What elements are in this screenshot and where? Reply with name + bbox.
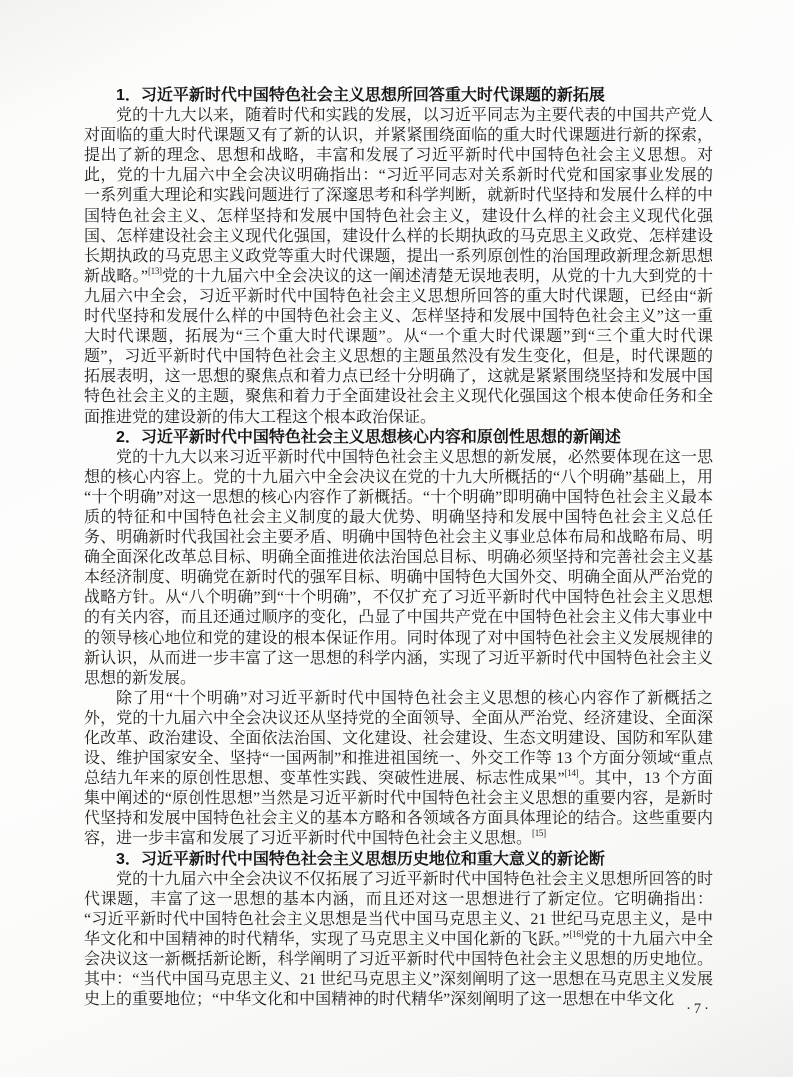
paragraph: 党的十九届六中全会决议不仅拓展了习近平新时代中国特色社会主义思想所回答的时代课题… [84, 870, 713, 1011]
body-text: 1．习近平新时代中国特色社会主义思想所回答重大时代课题的新拓展党的十九大以来，随… [84, 86, 713, 1010]
paragraph: 党的十九大以来，随着时代和实践的发展，以习近平同志为主要代表的中国共产党人对面临… [84, 106, 713, 428]
paragraph: 党的十九大以来习近平新时代中国特色社会主义思想的新发展，必然要体现在这一思想的核… [84, 448, 713, 689]
text-run: 党的十九届六中全会决议的这一阐述清楚无误地表明，从党的十九大到党的十九届六中全会… [84, 268, 713, 426]
footnote-ref: [16] [569, 929, 583, 939]
paragraph: 除了用“十个明确”对习近平新时代中国特色社会主义思想的核心内容作了新概括之外，党… [84, 689, 713, 850]
footnote-ref: [14] [565, 768, 579, 778]
section-heading: 2．习近平新时代中国特色社会主义思想核心内容和原创性思想的新阐述 [84, 428, 713, 448]
footnote-ref: [15] [532, 828, 546, 838]
text-run: 1．习近平新时代中国特色社会主义思想所回答重大时代课题的新拓展 [116, 87, 605, 104]
text-run: 党的十九大以来习近平新时代中国特色社会主义思想的新发展，必然要体现在这一思想的核… [84, 449, 713, 687]
footnote-ref: [13] [148, 266, 162, 276]
section-heading: 3．习近平新时代中国特色社会主义思想历史地位和重大意义的新论断 [84, 850, 713, 870]
text-run: 党的十九大以来，随着时代和实践的发展，以习近平同志为主要代表的中国共产党人对面临… [84, 107, 713, 285]
text-run: 3．习近平新时代中国特色社会主义思想历史地位和重大意义的新论断 [116, 851, 605, 868]
document-page: 1．习近平新时代中国特色社会主义思想所回答重大时代课题的新拓展党的十九大以来，随… [0, 0, 793, 1077]
page-number: ·7· [686, 1001, 712, 1018]
section-heading: 1．习近平新时代中国特色社会主义思想所回答重大时代课题的新拓展 [84, 86, 713, 106]
text-run: 2．习近平新时代中国特色社会主义思想核心内容和原创性思想的新阐述 [116, 429, 621, 446]
